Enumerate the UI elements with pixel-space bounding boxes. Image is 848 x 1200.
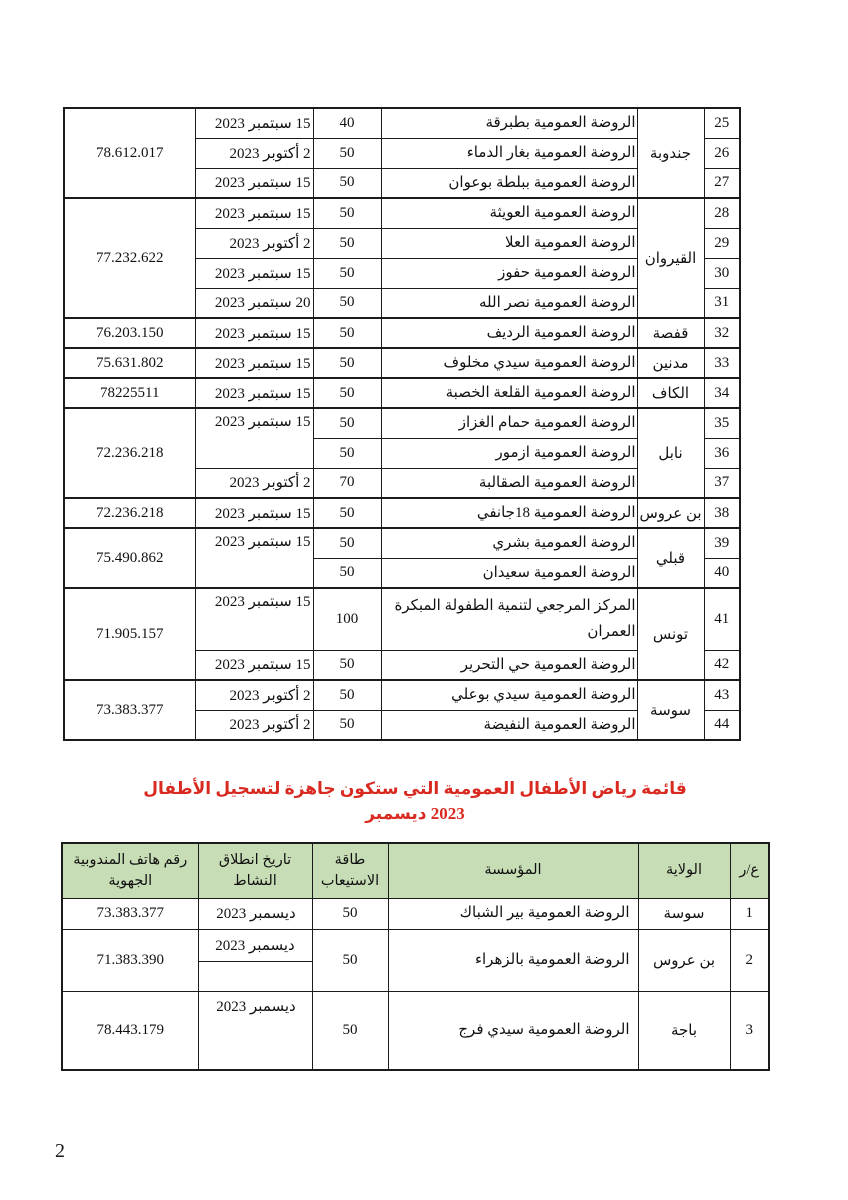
- title-year: 2023: [431, 804, 465, 823]
- institution-cell: الروضة العمومية بشري: [381, 528, 637, 558]
- page-number: 2: [55, 1140, 65, 1163]
- list-title: قائمة رياض الأطفال العمومية التي ستكون ج…: [60, 776, 770, 826]
- governorate-cell: سوسة: [638, 898, 730, 929]
- institution-cell: الروضة العمومية ببلطة بوعوان: [381, 168, 637, 198]
- start-date-cell: ديسمبر 2023: [198, 991, 312, 1070]
- table-row: 1سوسةالروضة العمومية بير الشباك50ديسمبر …: [62, 898, 769, 929]
- institution-cell: الروضة العمومية سيدي فرج: [388, 991, 638, 1070]
- row-number-cell: 33: [704, 348, 740, 378]
- table-row: 43سوسةالروضة العمومية سيدي بوعلي502 أكتو…: [64, 680, 740, 710]
- governorate-cell: باجة: [638, 991, 730, 1070]
- capacity-cell: 40: [313, 108, 381, 138]
- institution-cell: الروضة العمومية الصقالبة: [381, 468, 637, 498]
- header-capacity: طاقة الاستيعاب: [312, 843, 388, 898]
- capacity-cell: 100: [313, 588, 381, 650]
- capacity-cell: 50: [313, 438, 381, 468]
- row-number-cell: 34: [704, 378, 740, 408]
- capacity-cell: 50: [313, 558, 381, 588]
- phone-cell: 73.383.377: [62, 898, 198, 929]
- capacity-cell: 50: [313, 498, 381, 528]
- capacity-cell: 70: [313, 468, 381, 498]
- row-number-cell: 30: [704, 258, 740, 288]
- institution-cell: الروضة العمومية حي التحرير: [381, 650, 637, 680]
- title-month: ديسمبر: [365, 804, 426, 823]
- start-date-cell: 15 سبتمبر 2023: [195, 650, 313, 680]
- governorate-cell: مدنين: [637, 348, 704, 378]
- title-line-1: قائمة رياض الأطفال العمومية التي ستكون ج…: [60, 776, 770, 801]
- start-date-cell: ديسمبر 2023: [198, 898, 312, 929]
- table-row: 35نابلالروضة العمومية حمام الغزاز5015 سب…: [64, 408, 740, 438]
- capacity-cell: 50: [313, 168, 381, 198]
- start-date-cell: 15 سبتمبر 2023: [195, 258, 313, 288]
- institution-cell: الروضة العمومية نصر الله: [381, 288, 637, 318]
- institution-cell: الروضة العمومية حفوز: [381, 258, 637, 288]
- row-number-cell: 35: [704, 408, 740, 438]
- capacity-cell: 50: [313, 650, 381, 680]
- capacity-cell: 50: [313, 138, 381, 168]
- row-number-cell: 42: [704, 650, 740, 680]
- start-date-cell: 20 سبتمبر 2023: [195, 288, 313, 318]
- capacity-cell: 50: [313, 680, 381, 710]
- phone-cell: 78.443.179: [62, 991, 198, 1070]
- table-header-row: ع/رالولايةالمؤسسةطاقة الاستيعابتاريخ انط…: [62, 843, 769, 898]
- institution-cell: الروضة العمومية سيدي بوعلي: [381, 680, 637, 710]
- institution-cell: الروضة العمومية بطبرقة: [381, 108, 637, 138]
- institution-cell: الروضة العمومية بير الشباك: [388, 898, 638, 929]
- table-row: 39قبليالروضة العمومية بشري5015 سبتمبر 20…: [64, 528, 740, 558]
- start-date-cell: 15 سبتمبر 2023: [195, 318, 313, 348]
- start-date-cell: 15 سبتمبر 2023: [195, 528, 313, 588]
- header-phone: رقم هاتف المندوبية الجهوية: [62, 843, 198, 898]
- governorate-cell: القيروان: [637, 198, 704, 318]
- capacity-cell: 50: [313, 378, 381, 408]
- phone-cell: 71.905.157: [64, 588, 195, 680]
- institution-cell: الروضة العمومية القلعة الخصبة: [381, 378, 637, 408]
- phone-cell: 75.490.862: [64, 528, 195, 588]
- row-number-cell: 43: [704, 680, 740, 710]
- table-row: 2بن عروسالروضة العمومية بالزهراء50ديسمبر…: [62, 929, 769, 991]
- capacity-cell: 50: [313, 288, 381, 318]
- governorate-cell: الكاف: [637, 378, 704, 408]
- start-date-cell: 2 أكتوبر 2023: [195, 138, 313, 168]
- governorate-cell: سوسة: [637, 680, 704, 740]
- row-number-cell: 31: [704, 288, 740, 318]
- start-date-cell: 15 سبتمبر 2023: [195, 168, 313, 198]
- row-number-cell: 37: [704, 468, 740, 498]
- institution-cell: الروضة العمومية النفيضة: [381, 710, 637, 740]
- start-date-cell: 2 أكتوبر 2023: [195, 680, 313, 710]
- capacity-cell: 50: [313, 258, 381, 288]
- institution-cell: الروضة العمومية الرديف: [381, 318, 637, 348]
- start-date-cell: 2 أكتوبر 2023: [195, 228, 313, 258]
- capacity-cell: 50: [312, 898, 388, 929]
- institution-cell: المركز المرجعي لتنمية الطفولة المبكرة ال…: [381, 588, 637, 650]
- capacity-cell: 50: [313, 198, 381, 228]
- phone-cell: 76.203.150: [64, 318, 195, 348]
- capacity-cell: 50: [313, 348, 381, 378]
- institution-cell: الروضة العمومية بغار الدماء: [381, 138, 637, 168]
- row-number-cell: 1: [730, 898, 769, 929]
- institution-cell: الروضة العمومية العلا: [381, 228, 637, 258]
- row-number-cell: 36: [704, 438, 740, 468]
- governorate-cell: قفصة: [637, 318, 704, 348]
- kindergartens-table-september: 25جندوبةالروضة العمومية بطبرقة4015 سبتمب…: [63, 107, 741, 741]
- phone-cell: 72.236.218: [64, 498, 195, 528]
- governorate-cell: جندوبة: [637, 108, 704, 198]
- institution-cell: الروضة العمومية العويثة: [381, 198, 637, 228]
- table-row: 34الكافالروضة العمومية القلعة الخصبة5015…: [64, 378, 740, 408]
- title-line-2: ديسمبر 2023: [60, 801, 770, 826]
- institution-cell: الروضة العمومية ازمور: [381, 438, 637, 468]
- header-index: ع/ر: [730, 843, 769, 898]
- phone-cell: 78.612.017: [64, 108, 195, 198]
- institution-cell: الروضة العمومية بالزهراء: [388, 929, 638, 991]
- row-number-cell: 44: [704, 710, 740, 740]
- row-number-cell: 38: [704, 498, 740, 528]
- institution-cell: الروضة العمومية حمام الغزاز: [381, 408, 637, 438]
- capacity-cell: 50: [312, 929, 388, 991]
- governorate-cell: تونس: [637, 588, 704, 680]
- start-date-cell: 15 سبتمبر 2023: [195, 498, 313, 528]
- table-row: 41تونسالمركز المرجعي لتنمية الطفولة المب…: [64, 588, 740, 650]
- start-date-cell: 15 سبتمبر 2023: [195, 198, 313, 228]
- phone-cell: 71.383.390: [62, 929, 198, 991]
- row-number-cell: 26: [704, 138, 740, 168]
- row-number-cell: 3: [730, 991, 769, 1070]
- row-number-cell: 2: [730, 929, 769, 991]
- row-number-cell: 27: [704, 168, 740, 198]
- kindergartens-table-december: ع/رالولايةالمؤسسةطاقة الاستيعابتاريخ انط…: [61, 842, 770, 1071]
- governorate-cell: بن عروس: [638, 929, 730, 991]
- row-number-cell: 40: [704, 558, 740, 588]
- capacity-cell: 50: [313, 710, 381, 740]
- start-date-cell: 15 سبتمبر 2023: [195, 378, 313, 408]
- start-date-cell: 15 سبتمبر 2023: [195, 588, 313, 650]
- row-number-cell: 28: [704, 198, 740, 228]
- row-number-cell: 32: [704, 318, 740, 348]
- start-date-cell: 15 سبتمبر 2023: [195, 408, 313, 468]
- row-number-cell: 25: [704, 108, 740, 138]
- institution-cell: الروضة العمومية سعيدان: [381, 558, 637, 588]
- institution-cell: الروضة العمومية سيدي مخلوف: [381, 348, 637, 378]
- capacity-cell: 50: [312, 991, 388, 1070]
- table-row: 3باجةالروضة العمومية سيدي فرج50ديسمبر 20…: [62, 991, 769, 1070]
- governorate-cell: بن عروس: [637, 498, 704, 528]
- phone-cell: 73.383.377: [64, 680, 195, 740]
- header-governorate: الولاية: [638, 843, 730, 898]
- table-row: 33مدنينالروضة العمومية سيدي مخلوف5015 سب…: [64, 348, 740, 378]
- start-date-cell: 2 أكتوبر 2023: [195, 468, 313, 498]
- header-institution: المؤسسة: [388, 843, 638, 898]
- phone-cell: 77.232.622: [64, 198, 195, 318]
- table-row: 38بن عروسالروضة العمومية 18جانفي5015 سبت…: [64, 498, 740, 528]
- capacity-cell: 50: [313, 408, 381, 438]
- capacity-cell: 50: [313, 528, 381, 558]
- phone-cell: 78225511: [64, 378, 195, 408]
- start-date-cell: ديسمبر 2023: [198, 929, 312, 991]
- table-row: 32قفصةالروضة العمومية الرديف5015 سبتمبر …: [64, 318, 740, 348]
- empty-subcell: [199, 962, 312, 991]
- governorate-cell: نابل: [637, 408, 704, 498]
- start-date-cell: 2 أكتوبر 2023: [195, 710, 313, 740]
- start-date-text: ديسمبر 2023: [199, 930, 312, 962]
- row-number-cell: 39: [704, 528, 740, 558]
- phone-cell: 72.236.218: [64, 408, 195, 498]
- table-row: 28القيروانالروضة العمومية العويثة5015 سب…: [64, 198, 740, 228]
- table-row: 25جندوبةالروضة العمومية بطبرقة4015 سبتمب…: [64, 108, 740, 138]
- governorate-cell: قبلي: [637, 528, 704, 588]
- institution-cell: الروضة العمومية 18جانفي: [381, 498, 637, 528]
- start-date-cell: 15 سبتمبر 2023: [195, 348, 313, 378]
- row-number-cell: 41: [704, 588, 740, 650]
- capacity-cell: 50: [313, 318, 381, 348]
- capacity-cell: 50: [313, 228, 381, 258]
- header-date: تاريخ انطلاق النشاط: [198, 843, 312, 898]
- row-number-cell: 29: [704, 228, 740, 258]
- phone-cell: 75.631.802: [64, 348, 195, 378]
- start-date-cell: 15 سبتمبر 2023: [195, 108, 313, 138]
